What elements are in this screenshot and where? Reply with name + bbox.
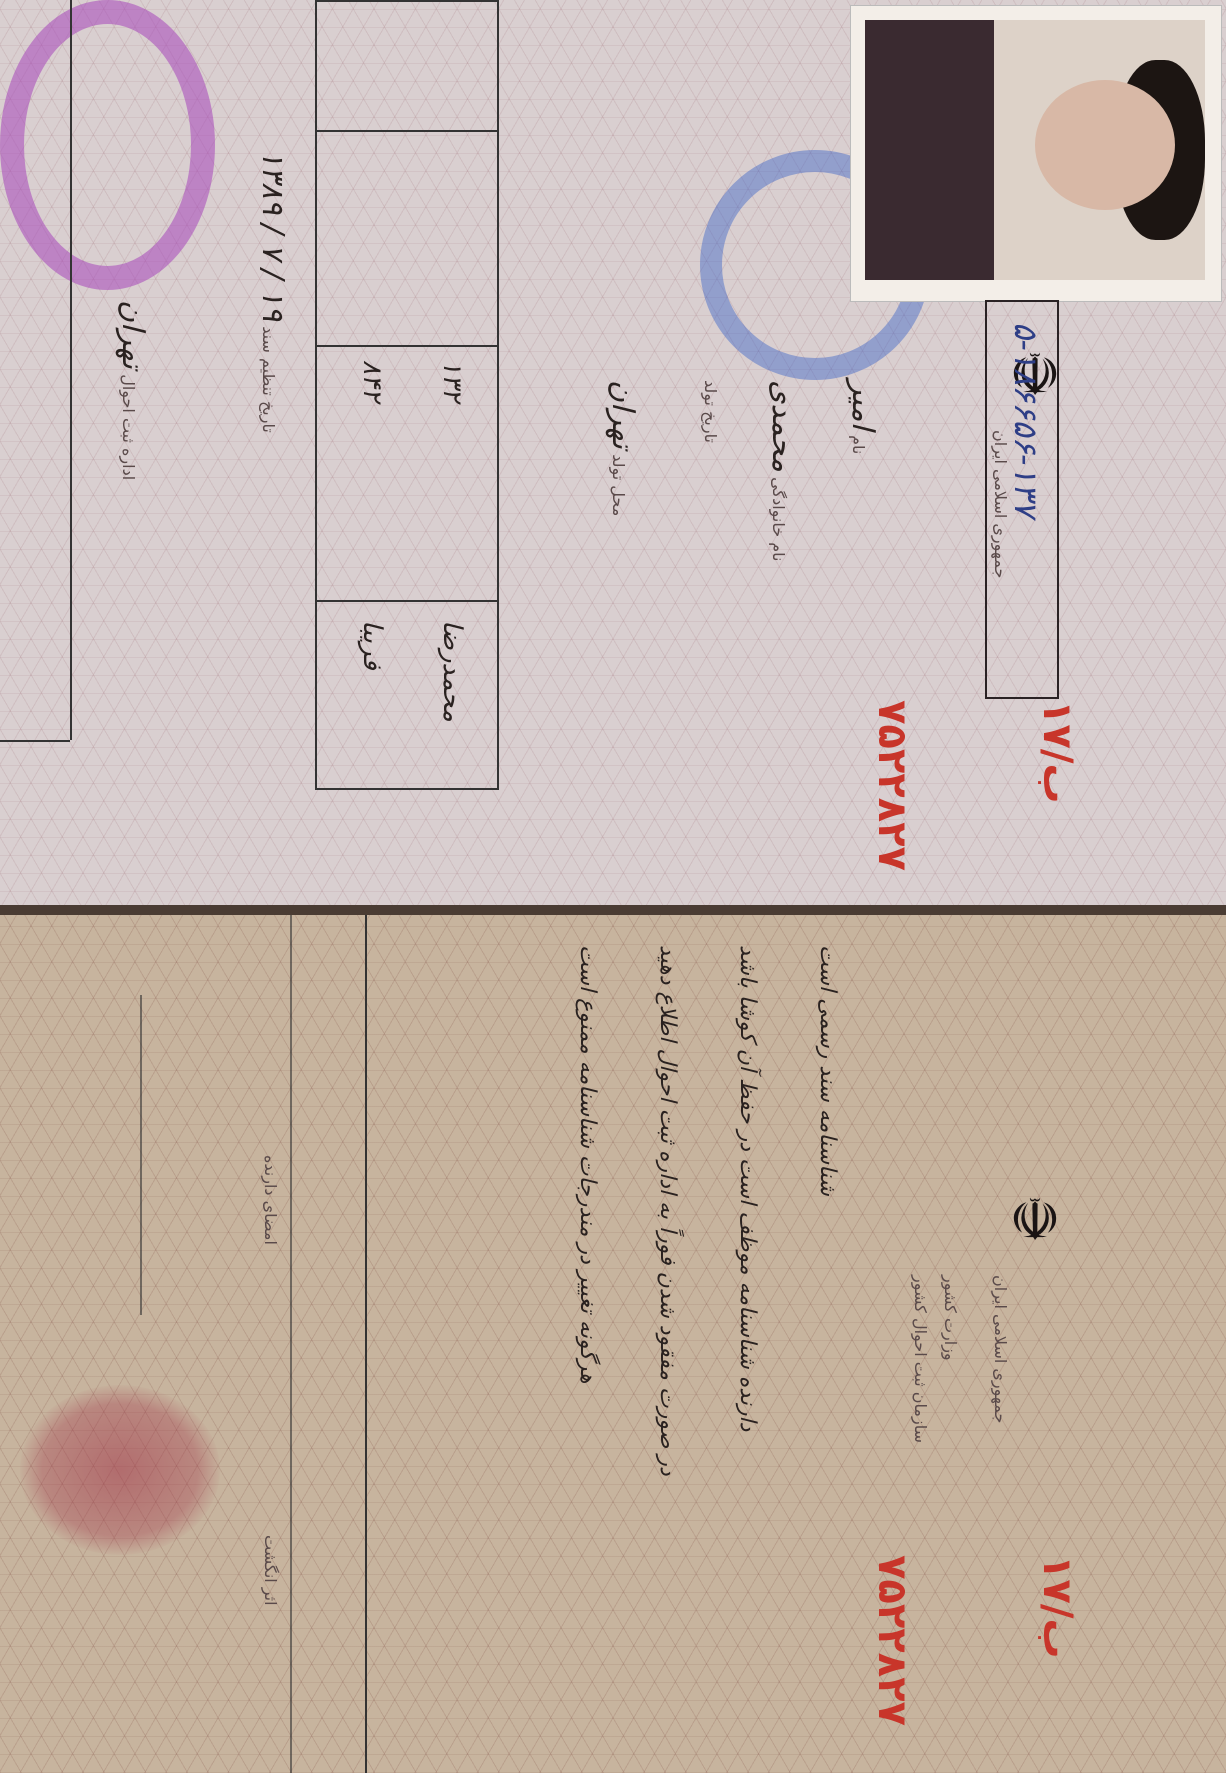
mother-name: فریبا: [357, 620, 387, 670]
surname-field: نام خانوادگی محمدی: [765, 380, 800, 561]
name-field: نام امیر: [845, 380, 880, 454]
bottom-serial-prefix: ب/۱۷: [1034, 1555, 1080, 1659]
birth-place-field: محل تولد تهران: [605, 380, 640, 516]
bottom-header-ministry: وزارت کشور: [941, 1275, 960, 1361]
id-number-box: ۵-۱۸۶۶۵۶-۱۳۷: [985, 300, 1059, 699]
certificate-top-page: ☫ جمهوری اسلامی ایران ۵-۱۸۶۶۵۶-۱۳۷ ب/۱۷ …: [0, 0, 1226, 910]
bottom-header-country: جمهوری اسلامی ایران: [991, 1275, 1010, 1423]
serial-number: ۷۵۲۲۸۲۷: [869, 700, 915, 871]
notice-line-2: دارنده شناسنامه موظف است در حفظ آن کوشا …: [735, 945, 760, 1431]
notice-line-4: هرگونه تغییر در مندرجات شناسنامه ممنوع ا…: [575, 945, 600, 1384]
birth-date-field: تاریخ تولد: [701, 380, 720, 443]
mother-id: ۸۴۲: [357, 360, 387, 402]
bottom-serial-number: ۷۵۲۲۸۲۷: [869, 1555, 915, 1726]
father-name: محمدرضا: [437, 620, 467, 722]
father-id: ۱۳۲: [437, 360, 467, 402]
notice-line-1: شناسنامه سند رسمی است: [815, 945, 840, 1196]
registration-date: تاریخ تنظیم سند ۱۹ / ۷ / ۱۳۸۹: [255, 150, 290, 433]
parents-table: محمدرضا فریبا ۱۳۲ ۸۴۲: [315, 0, 499, 790]
certificate-bottom-page: ☫ جمهوری اسلامی ایران وزارت کشور سازمان …: [0, 915, 1226, 1773]
official-stamp-purple: [0, 0, 215, 290]
signature-label: امضای دارنده: [261, 1155, 280, 1245]
bottom-header-org: سازمان ثبت احوال کشور: [911, 1275, 930, 1443]
iran-emblem-icon-bottom: ☫: [1000, 1185, 1070, 1255]
holder-photo: [850, 5, 1222, 302]
thumbprint-label: اثر انگشت: [261, 1535, 280, 1606]
id-number: ۵-۱۸۶۶۵۶-۱۳۷: [1007, 322, 1045, 517]
serial-prefix: ب/۱۷: [1034, 700, 1080, 804]
notice-line-3: در صورت مفقود شدن فوراً به اداره ثبت احو…: [655, 945, 680, 1476]
thumbprint: [20, 1385, 220, 1555]
office-field: اداره ثبت احوال تهران: [115, 300, 150, 480]
